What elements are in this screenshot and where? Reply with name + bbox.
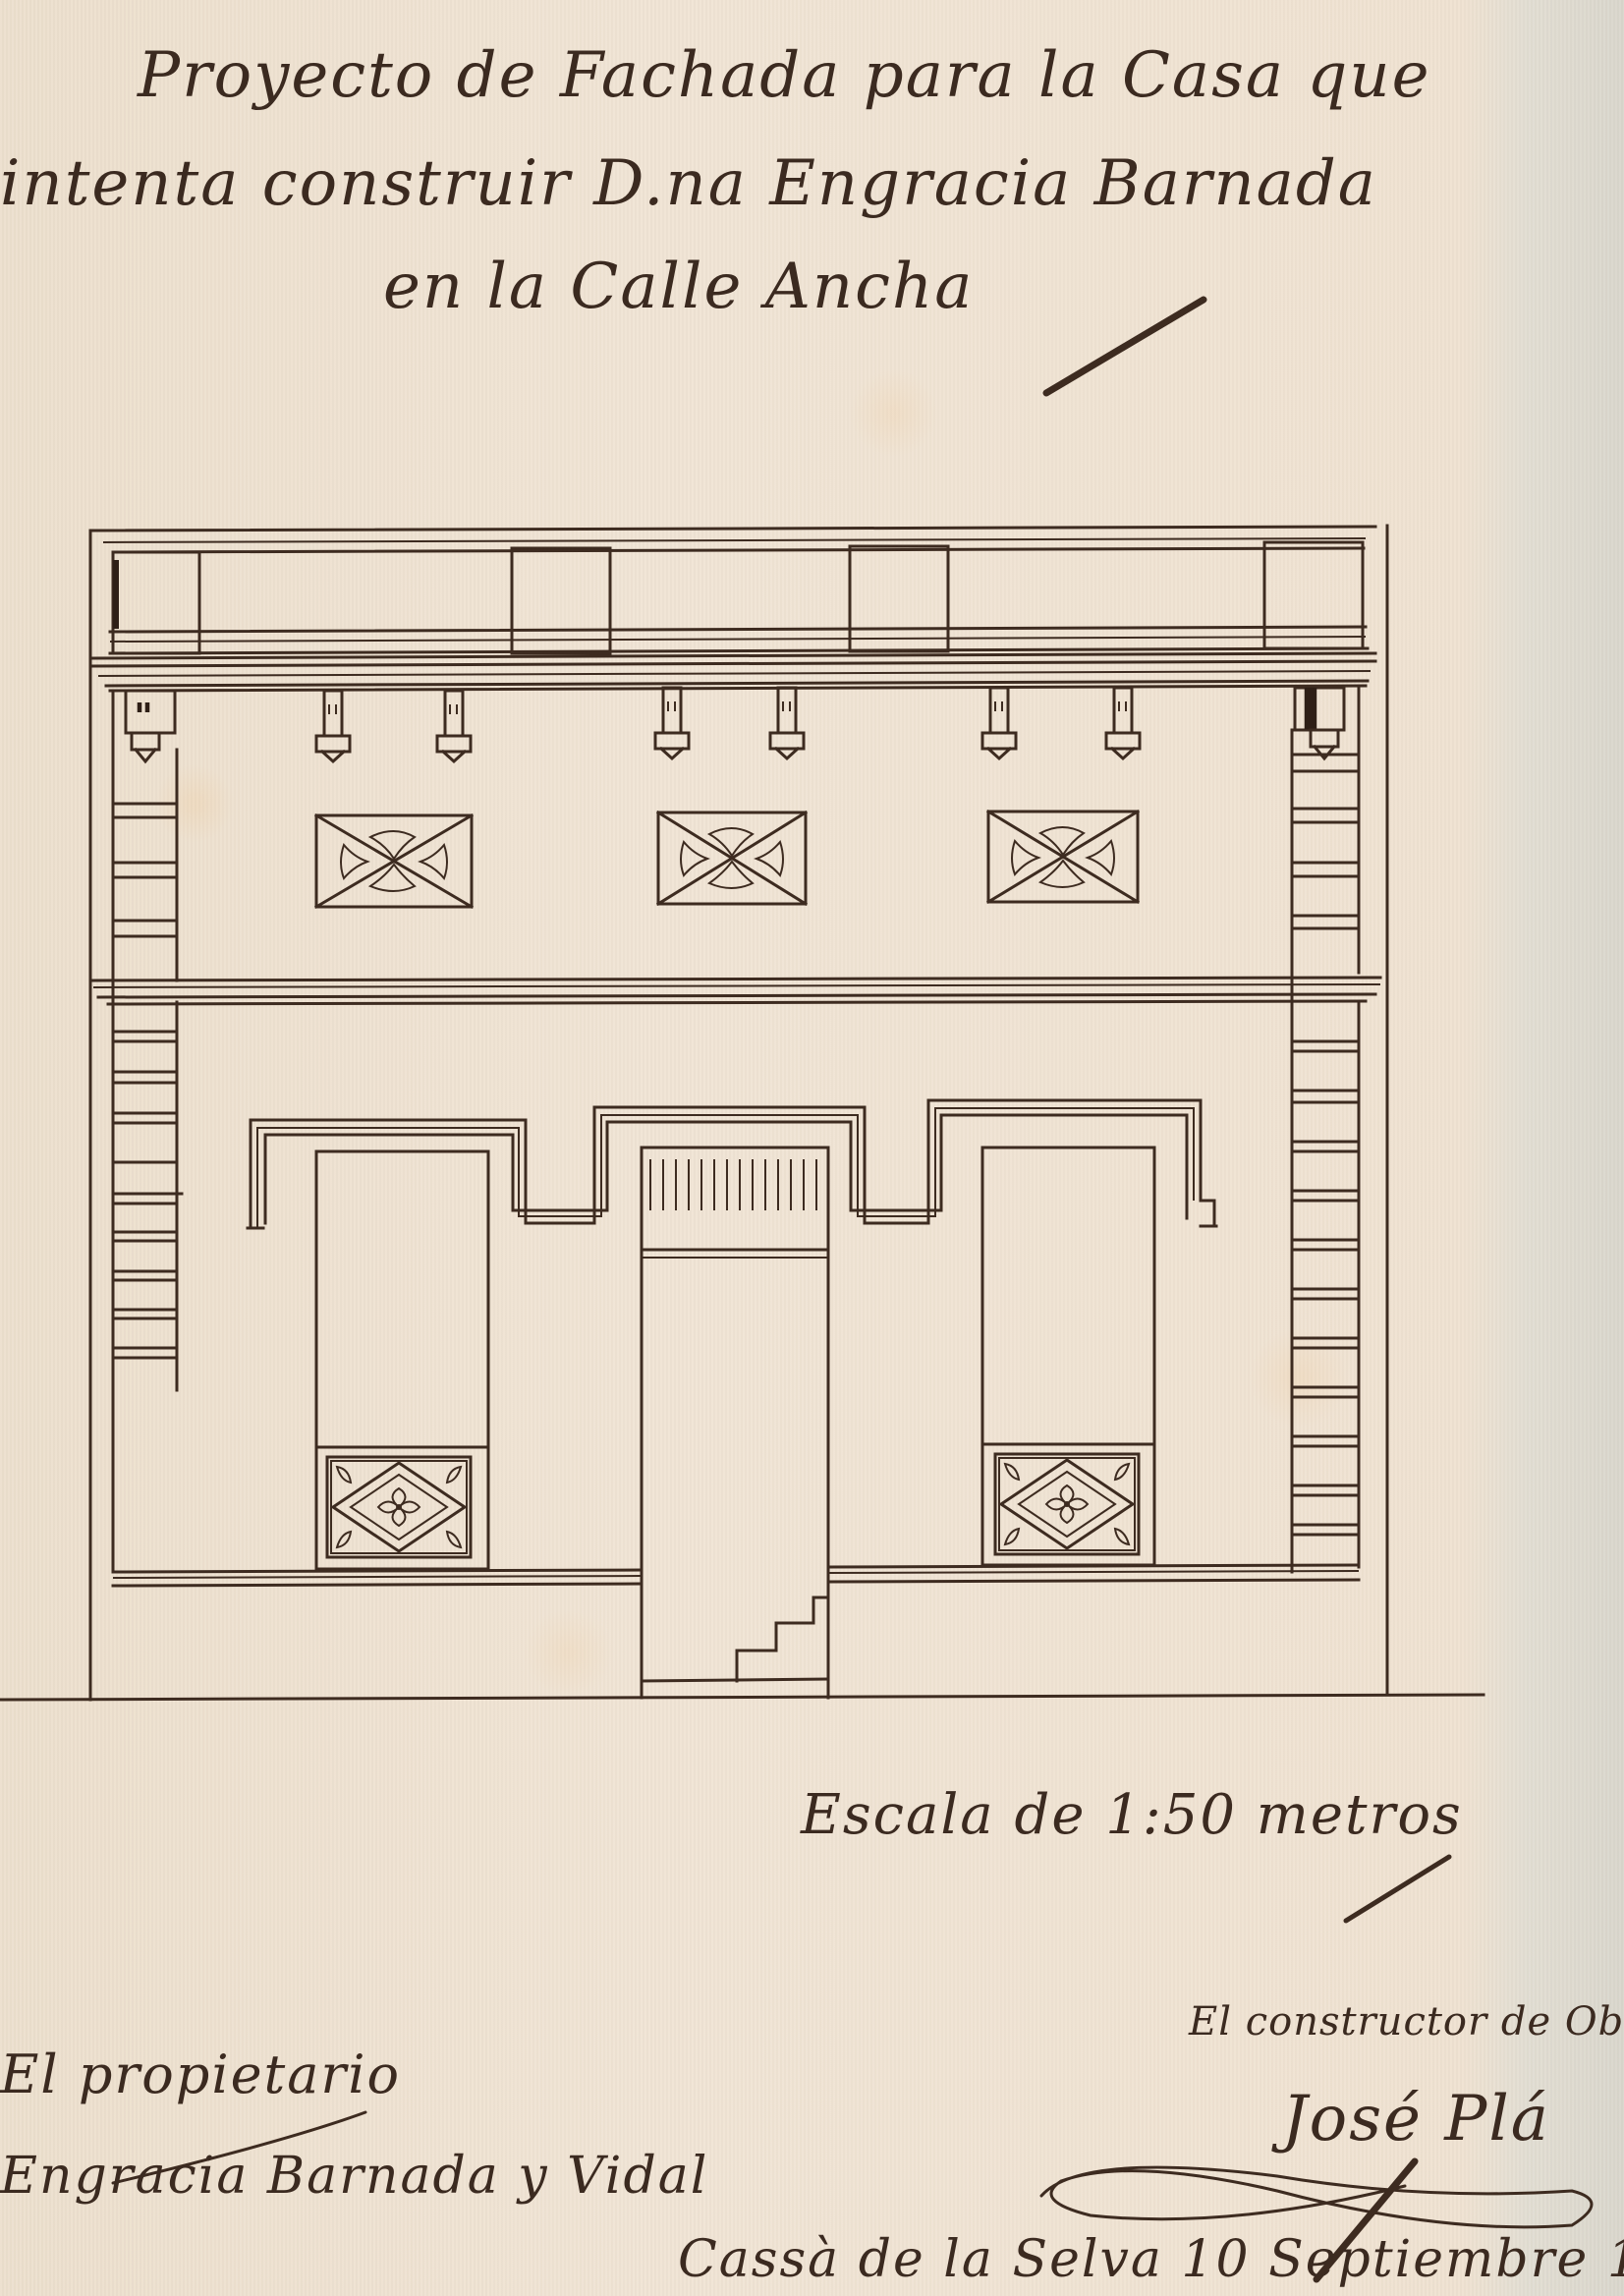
owner-label: El propietario [0, 2044, 401, 2105]
corbel [982, 688, 1016, 758]
door-transom-grille [650, 1159, 816, 1210]
place-and-date: Cassà de la Selva 10 Septiembre 1901 [678, 2230, 1624, 2289]
builder-signature: José Plá [1282, 2083, 1550, 2156]
right-pilaster [1292, 688, 1359, 1572]
building-outline [0, 526, 1484, 1700]
builder-label: El constructor de Obras [1189, 1999, 1624, 2044]
facade-elevation-drawing [0, 0, 1624, 2296]
corbel [1106, 688, 1140, 758]
scale-flourish [1346, 1857, 1449, 1921]
corbel [316, 691, 350, 761]
entrance-steps [642, 1597, 828, 1681]
corbel [655, 688, 689, 758]
diamond-tile-ornament [995, 1454, 1139, 1554]
decorative-panel [658, 812, 806, 904]
left-pilaster [113, 691, 182, 1572]
corbel [770, 688, 804, 758]
hood-moulding [248, 1100, 1216, 1228]
main-cornice [90, 653, 1375, 691]
decorative-panel [988, 812, 1138, 902]
corbel [437, 691, 471, 761]
central-door [642, 1148, 828, 1698]
floor-cornice [90, 978, 1380, 1004]
corbels [126, 688, 1344, 761]
scale-note: Escala de 1:50 metros [801, 1783, 1463, 1847]
diamond-tile-ornament [327, 1457, 471, 1557]
left-window [316, 1151, 488, 1569]
decorative-panel [316, 815, 472, 907]
parapet [90, 527, 1375, 653]
upper-panels [316, 812, 1138, 907]
plinth [113, 1565, 1359, 1586]
title-flourish [1046, 300, 1204, 393]
owner-signature: Engracia Barnada y Vidal [0, 2147, 708, 2206]
right-window [982, 1148, 1154, 1565]
